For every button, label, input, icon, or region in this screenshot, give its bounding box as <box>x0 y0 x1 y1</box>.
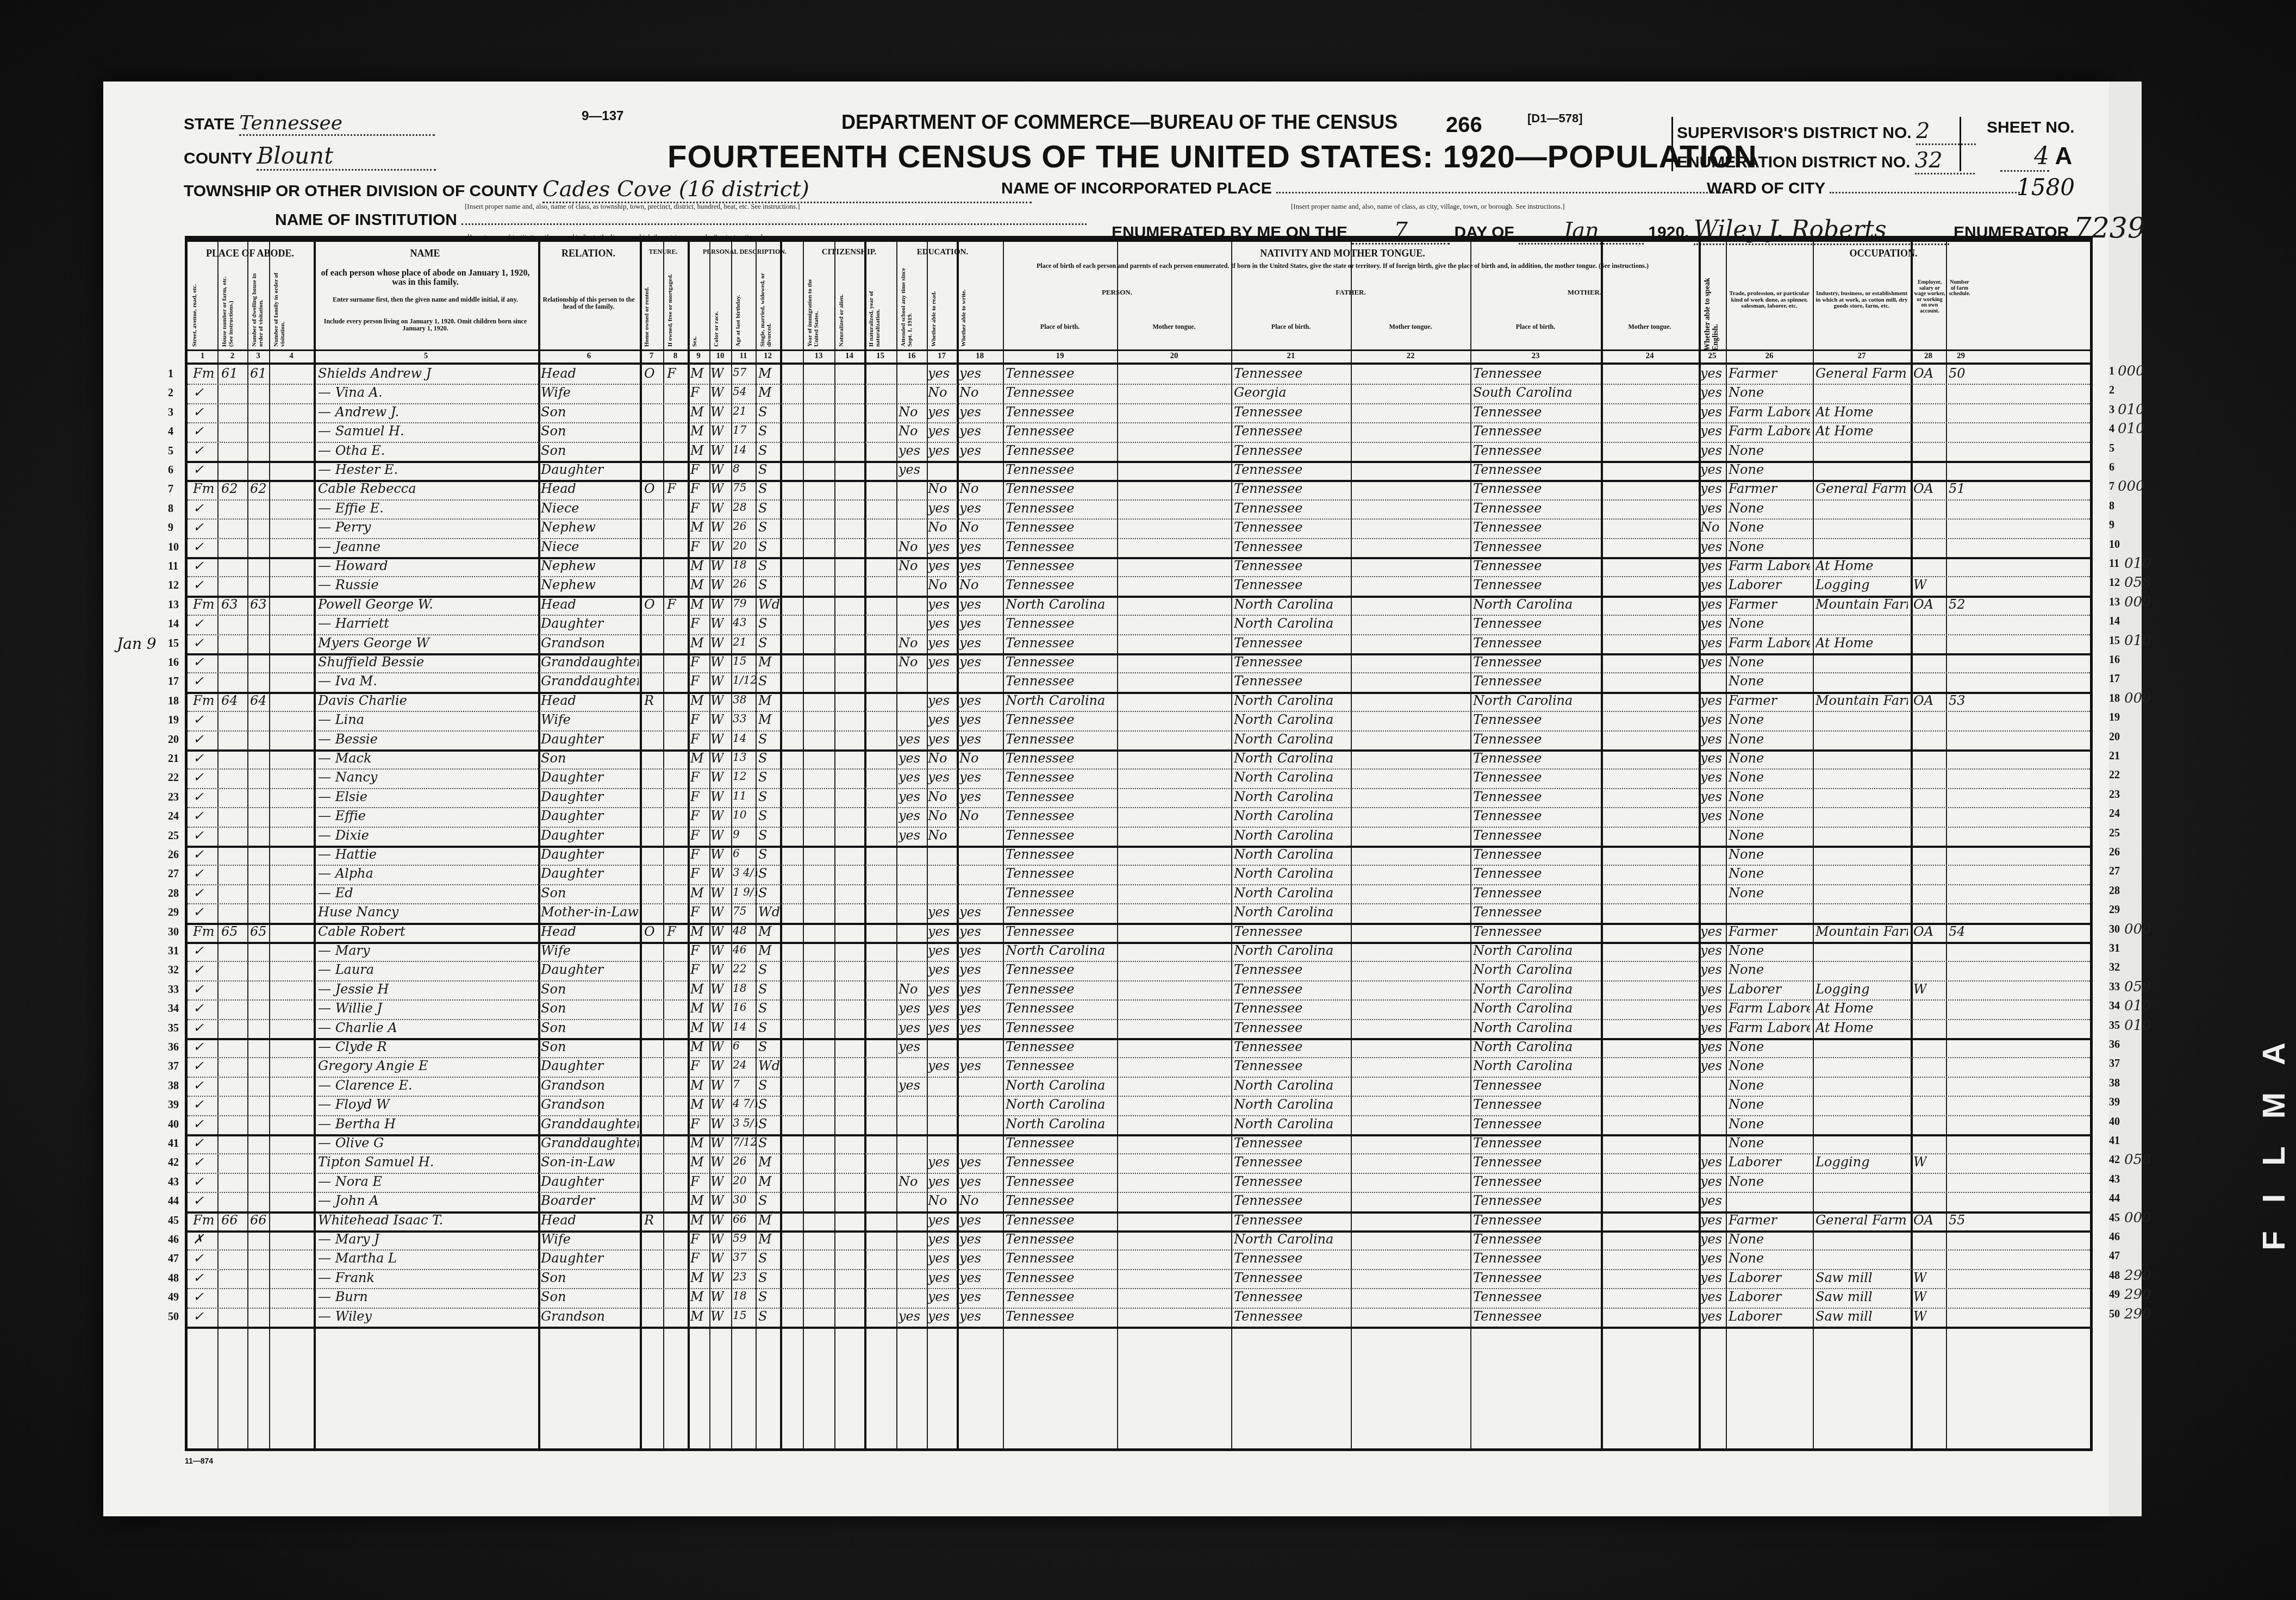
abode-farm: ✓ <box>193 577 204 592</box>
marital-status: M <box>758 693 772 708</box>
person-name: Shields Andrew J <box>318 366 535 381</box>
dwelling-number: 61 <box>221 366 238 381</box>
speaks-english: yes <box>1700 1289 1722 1304</box>
column-number: 17 <box>927 352 957 361</box>
able-to-read: yes <box>928 501 950 516</box>
birthplace-person: Tennessee <box>1006 520 1117 535</box>
right-line-number: 22 <box>2109 769 2120 782</box>
employer-class: OA <box>1913 597 1933 612</box>
sex: F <box>690 1174 700 1189</box>
birthplace-person: Tennessee <box>1006 732 1117 747</box>
industry: Saw mill <box>1815 1309 1908 1324</box>
person-name: Cable Rebecca <box>318 481 535 496</box>
table-row: ✓— MackSonMW13SyesNoNoTennesseeNorth Car… <box>188 749 2090 770</box>
supervisor-label: SUPERVISOR'S DISTRICT NO. <box>1677 124 1912 142</box>
header-row-rule <box>188 349 2090 351</box>
birthplace-person: Tennessee <box>1006 1039 1117 1054</box>
table-row: ✓— EffieDaughterFW10SyesNoNoTennesseeNor… <box>188 807 2090 827</box>
industry: At Home <box>1815 423 1908 439</box>
sex: F <box>690 481 700 496</box>
person-name: — Effie E. <box>318 501 535 516</box>
able-to-write: yes <box>959 404 981 420</box>
speaks-english: yes <box>1700 635 1722 651</box>
coding-mark: 000 <box>2124 594 2151 610</box>
speaks-english: yes <box>1700 1193 1722 1208</box>
county-field: COUNTY Blount <box>184 142 436 171</box>
age: 21 <box>733 404 757 417</box>
person-name: Whitehead Isaac T. <box>318 1212 535 1228</box>
race: W <box>710 866 724 881</box>
speaks-english: yes <box>1700 1212 1722 1228</box>
birthplace-father: Tennessee <box>1234 654 1351 670</box>
speaks-english: yes <box>1700 481 1722 496</box>
birthplace-mother: Tennessee <box>1473 732 1601 747</box>
line-number: 17 <box>168 676 179 688</box>
race: W <box>710 597 724 612</box>
age: 16 <box>733 1001 757 1014</box>
coding-mark: 010 <box>2124 1017 2151 1034</box>
trade: Farm Laborer <box>1729 1020 1810 1035</box>
abode-farm: ✓ <box>193 385 204 400</box>
birthplace-person: North Carolina <box>1006 693 1117 708</box>
trade: None <box>1729 943 1810 958</box>
sex: M <box>690 577 704 592</box>
trade: Farm Laborer <box>1729 404 1810 420</box>
race: W <box>710 1270 724 1285</box>
column-number: 11 <box>731 352 756 361</box>
column-number: 9 <box>688 352 709 361</box>
person-name: Myers George W <box>318 635 535 651</box>
home-owned: O <box>644 597 655 612</box>
trade: Farmer <box>1729 924 1810 939</box>
subheader-c14: Naturalized or alien. <box>839 268 862 347</box>
trade: Farm Laborer <box>1729 1001 1810 1016</box>
birthplace-father: North Carolina <box>1234 1078 1351 1093</box>
incorporated-label: NAME OF INCORPORATED PLACE <box>1001 179 1272 197</box>
able-to-read: yes <box>928 1251 950 1266</box>
able-to-read: yes <box>928 654 950 670</box>
industry: Mountain Farm <box>1815 693 1908 708</box>
trade: None <box>1729 385 1810 400</box>
person-name: — Andrew J. <box>318 404 535 420</box>
person-name: Davis Charlie <box>318 693 535 708</box>
birthplace-father: North Carolina <box>1234 597 1351 612</box>
birthplace-father: Tennessee <box>1234 558 1351 573</box>
table-row: ✓— BurnSonMW18SyesyesTennesseeTennesseeT… <box>188 1288 2090 1308</box>
attended-school: yes <box>899 1020 920 1035</box>
relation: Grandson <box>541 1097 639 1112</box>
marital-status: S <box>758 1251 767 1266</box>
person-name: Huse Nancy <box>318 904 535 920</box>
marital-status: S <box>758 1020 767 1035</box>
table-row: ✓Huse NancyMother-in-LawFW75WdyesyesTenn… <box>188 903 2090 924</box>
birthplace-mother: Tennessee <box>1473 789 1601 804</box>
trade: Laborer <box>1729 1289 1810 1304</box>
age: 9 <box>733 828 757 841</box>
relation: Grandson <box>541 635 639 651</box>
abode-farm: ✓ <box>193 847 204 862</box>
right-line-number: 18 <box>2109 692 2120 705</box>
abode-farm: ✓ <box>193 732 204 747</box>
race: W <box>710 693 724 708</box>
industry: General Farm <box>1815 1212 1908 1228</box>
line-number: 34 <box>168 1003 179 1015</box>
person-name: — Elsie <box>318 789 535 804</box>
marital-status: S <box>758 982 767 997</box>
birthplace-person: Tennessee <box>1006 885 1117 901</box>
birthplace-mother: Tennessee <box>1473 520 1601 535</box>
table-row: ✓— Effie E.NieceFW28SyesyesTennesseeTenn… <box>188 499 2090 520</box>
abode-farm: ✓ <box>193 1270 204 1285</box>
right-line-number: 19 <box>2109 711 2120 724</box>
right-line-number: 21 <box>2109 750 2120 762</box>
line-number: 27 <box>168 868 179 880</box>
person-name: — Mack <box>318 751 535 766</box>
birthplace-father: Tennessee <box>1234 1001 1351 1016</box>
relation: Niece <box>541 539 639 554</box>
age: 26 <box>733 577 757 590</box>
table-row: ✓— HarriettDaughterFW43SyesyesTennesseeN… <box>188 615 2090 635</box>
trade: None <box>1729 885 1810 901</box>
able-to-read: yes <box>928 366 950 381</box>
birthplace-person: Tennessee <box>1006 462 1117 477</box>
person-name: — Lina <box>318 712 535 727</box>
race: W <box>710 366 724 381</box>
marital-status: S <box>758 520 767 535</box>
abode-farm: ✓ <box>193 1154 204 1170</box>
column-number: 13 <box>803 352 834 361</box>
employer-class: OA <box>1913 366 1933 381</box>
line-number: 48 <box>168 1272 179 1285</box>
birthplace-mother: Tennessee <box>1473 1135 1601 1151</box>
trade: None <box>1729 654 1810 670</box>
table-row: ✓— AlphaDaughterFW3 4/12STennesseeNorth … <box>188 865 2090 885</box>
incorporated-value <box>1276 192 1727 193</box>
left-margin-note: Jan 9 <box>117 635 157 653</box>
able-to-write: yes <box>959 732 981 747</box>
birthplace-mother: Tennessee <box>1473 404 1601 420</box>
right-line-number: 10 <box>2109 539 2120 551</box>
person-name: Shuffield Bessie <box>318 654 535 670</box>
relation: Granddaughter <box>541 1135 639 1151</box>
sex: F <box>690 654 700 670</box>
column-number: 5 <box>314 352 538 361</box>
abode-farm: ✓ <box>193 462 204 477</box>
trade: None <box>1729 673 1810 689</box>
attended-school: No <box>899 404 918 420</box>
birthplace-person: Tennessee <box>1006 770 1117 785</box>
column-number: 1 <box>188 352 217 361</box>
speaks-english: yes <box>1700 577 1722 592</box>
ward-value <box>1830 192 2020 193</box>
relation: Grandson <box>541 1309 639 1324</box>
birthplace-mother: Tennessee <box>1473 654 1601 670</box>
subheader-c11: Age at last birthday. <box>735 268 753 347</box>
nativity-desc: Place of birth of each person and parent… <box>1014 262 1671 270</box>
marital-status: S <box>758 616 767 631</box>
person-name: — Clarence E. <box>318 1078 535 1093</box>
age: 38 <box>733 693 757 706</box>
owned-free: F <box>667 481 676 496</box>
line-number: 45 <box>168 1215 179 1227</box>
relation: Head <box>541 366 639 381</box>
age: 28 <box>733 501 757 514</box>
trade: None <box>1729 789 1810 804</box>
sheet-field: 4 A <box>2000 142 2072 172</box>
birthplace-person: Tennessee <box>1006 808 1117 823</box>
marital-status: S <box>758 481 767 496</box>
marital-status: M <box>758 712 772 727</box>
marital-status: M <box>758 654 772 670</box>
able-to-read: yes <box>928 539 950 554</box>
sex: F <box>690 847 700 862</box>
birthplace-person: Tennessee <box>1006 481 1117 496</box>
age: 1 9/12 <box>733 885 757 898</box>
sex: F <box>690 962 700 977</box>
industry: Mountain Farm <box>1815 924 1908 939</box>
relation: Daughter <box>541 732 639 747</box>
trade: None <box>1729 828 1810 843</box>
table-row: ✓— John ABoarderMW30SNoNoTennesseeTennes… <box>188 1192 2090 1213</box>
coding-mark: 058 <box>2124 574 2151 591</box>
marital-status: S <box>758 1135 767 1151</box>
person-name: — Charlie A <box>318 1020 535 1035</box>
birthplace-person: Tennessee <box>1006 673 1117 689</box>
industry: At Home <box>1815 1001 1908 1016</box>
able-to-write: yes <box>959 789 981 804</box>
able-to-write: yes <box>959 1154 981 1170</box>
coding-mark: 290 <box>2124 1306 2151 1322</box>
right-line-number: 14 <box>2109 615 2120 628</box>
relation: Head <box>541 693 639 708</box>
township-note: [Insert proper name and, also, name of c… <box>465 202 800 211</box>
line-number: 19 <box>168 714 179 727</box>
group-nativity: NATIVITY AND MOTHER TONGUE. <box>1003 248 1682 259</box>
right-line-number: 8 <box>2109 500 2114 512</box>
table-row: ✓— Nora EDaughterFW20MNoyesyesTennesseeT… <box>188 1173 2090 1193</box>
line-number: 49 <box>168 1291 179 1304</box>
able-to-write: yes <box>959 693 981 708</box>
table-row: ✓Gregory Angie EDaughterFW24WdyesyesTenn… <box>188 1057 2090 1077</box>
sex: M <box>690 366 704 381</box>
trade: None <box>1729 1058 1810 1073</box>
county-value: Blount <box>257 142 436 171</box>
right-line-number: 47 <box>2109 1250 2120 1262</box>
table-row: ✓— EdSonMW1 9/12STennesseeNorth Carolina… <box>188 884 2090 904</box>
sex: M <box>690 635 704 651</box>
birthplace-father: North Carolina <box>1234 808 1351 823</box>
abode-farm: ✓ <box>193 1116 204 1132</box>
line-number: 37 <box>168 1060 179 1073</box>
relation: Son <box>541 751 639 766</box>
marital-status: S <box>758 443 767 458</box>
speaks-english: yes <box>1700 924 1722 939</box>
able-to-read: yes <box>928 558 950 573</box>
name-desc-3: Include every person living on January 1… <box>318 318 533 332</box>
marital-status: S <box>758 1097 767 1112</box>
race: W <box>710 539 724 554</box>
dwelling-number: 62 <box>221 481 238 496</box>
sex: M <box>690 1078 704 1093</box>
industry: General Farm <box>1815 481 1908 496</box>
ward-label: WARD OF CITY <box>1707 179 1825 197</box>
age: 23 <box>733 1270 757 1283</box>
age: 14 <box>733 1020 757 1033</box>
employer-class: W <box>1913 1270 1927 1285</box>
enumeration-value: 32 <box>1915 148 1975 174</box>
marital-status: S <box>758 1193 767 1208</box>
abode-farm: Fm <box>193 693 214 708</box>
race: W <box>710 501 724 516</box>
table-row: ✓— Samuel H.SonMW17SNoyesyesTennesseeTen… <box>188 422 2090 442</box>
employer-class: W <box>1913 982 1927 997</box>
line-number: 20 <box>168 734 179 746</box>
age: 75 <box>733 481 757 494</box>
able-to-read: yes <box>928 1154 950 1170</box>
trade: None <box>1729 808 1810 823</box>
person-name: — Samuel H. <box>318 423 535 439</box>
race: W <box>710 1097 724 1112</box>
birthplace-mother: Tennessee <box>1473 1078 1601 1093</box>
able-to-read: No <box>928 577 947 592</box>
right-line-number: 13 <box>2109 596 2120 609</box>
marital-status: Wd <box>758 1058 780 1073</box>
birthplace-mother: North Carolina <box>1473 1058 1601 1073</box>
speaks-english: yes <box>1700 616 1722 631</box>
farm-schedule: 55 <box>1949 1212 1966 1228</box>
township-label: TOWNSHIP OR OTHER DIVISION OF COUNTY <box>184 182 538 200</box>
age: 30 <box>733 1193 757 1206</box>
relation: Daughter <box>541 616 639 631</box>
attended-school: yes <box>899 808 920 823</box>
birthplace-father: North Carolina <box>1234 693 1351 708</box>
attended-school: yes <box>899 828 920 843</box>
trade: None <box>1729 770 1810 785</box>
able-to-write: No <box>959 1193 978 1208</box>
birthplace-father: Tennessee <box>1234 673 1351 689</box>
able-to-read: No <box>928 808 947 823</box>
race: W <box>710 1001 724 1016</box>
right-line-number: 35 <box>2109 1020 2120 1032</box>
birthplace-father: Tennessee <box>1234 462 1351 477</box>
birthplace-father: North Carolina <box>1234 904 1351 920</box>
age: 3 5/12 <box>733 1116 757 1129</box>
able-to-read: No <box>928 481 947 496</box>
employer-class: OA <box>1913 481 1933 496</box>
trade: None <box>1729 1251 1810 1266</box>
birthplace-person: Tennessee <box>1006 1232 1117 1247</box>
right-line-number: 26 <box>2109 846 2120 859</box>
marital-status: S <box>758 539 767 554</box>
sex: M <box>690 520 704 535</box>
race: W <box>710 1058 724 1073</box>
speaks-english: yes <box>1700 943 1722 958</box>
birthplace-mother: Tennessee <box>1473 904 1601 920</box>
birthplace-mother: North Carolina <box>1473 1001 1601 1016</box>
line-number: 28 <box>168 887 179 900</box>
right-line-number: 24 <box>2109 808 2120 820</box>
birthplace-person: North Carolina <box>1006 943 1117 958</box>
right-line-number: 11 <box>2109 558 2119 570</box>
table-row: ✓— Martha LDaughterFW37SyesyesTennesseeT… <box>188 1249 2090 1270</box>
able-to-read: yes <box>928 616 950 631</box>
line-number: 47 <box>168 1253 179 1265</box>
person-name: — Jessie H <box>318 982 535 997</box>
table-row: ✓— PerryNephewMW26SNoNoTennesseeTennesse… <box>188 518 2090 539</box>
able-to-write: yes <box>959 982 981 997</box>
abode-farm: ✓ <box>193 1193 204 1208</box>
sex: M <box>690 597 704 612</box>
home-owned: O <box>644 481 655 496</box>
right-line-number: 38 <box>2109 1077 2120 1090</box>
group-abode: PLACE OF ABODE. <box>188 248 313 259</box>
right-line-number: 50 <box>2109 1308 2120 1321</box>
column-number: 23 <box>1470 352 1601 361</box>
birthplace-person: Tennessee <box>1006 1020 1117 1035</box>
right-line-number: 4 <box>2109 423 2114 435</box>
marital-status: S <box>758 558 767 573</box>
line-number: 22 <box>168 772 179 784</box>
speaks-english: yes <box>1700 462 1722 477</box>
sex: M <box>690 1289 704 1304</box>
able-to-read: No <box>928 828 947 843</box>
table-row: ✓— Andrew J.SonMW21SNoyesyesTennesseeTen… <box>188 403 2090 423</box>
birthplace-mother: Tennessee <box>1473 885 1601 901</box>
able-to-write: yes <box>959 1309 981 1324</box>
person-name: — Iva M. <box>318 673 535 689</box>
age: 26 <box>733 1154 757 1167</box>
relation: Wife <box>541 385 639 400</box>
township-field: TOWNSHIP OR OTHER DIVISION OF COUNTY Cad… <box>184 177 1032 203</box>
employer-class: W <box>1913 1154 1927 1170</box>
sex: M <box>690 1212 704 1228</box>
sex: F <box>690 673 700 689</box>
able-to-read: No <box>928 1193 947 1208</box>
age: 15 <box>733 654 757 667</box>
age: 11 <box>733 789 757 802</box>
sex: F <box>690 1058 700 1073</box>
sex: F <box>690 866 700 881</box>
employer-class: OA <box>1913 693 1933 708</box>
owned-free: F <box>667 597 676 612</box>
marital-status: M <box>758 366 772 381</box>
birthplace-father: North Carolina <box>1234 1116 1351 1132</box>
sheet-value: 4 <box>2000 142 2049 172</box>
birthplace-person: Tennessee <box>1006 443 1117 458</box>
abode-farm: Fm <box>193 1212 214 1228</box>
sex: M <box>690 693 704 708</box>
person-name: — Russie <box>318 577 535 592</box>
form-number: 9—137 <box>582 109 623 124</box>
relation: Son <box>541 1039 639 1054</box>
ward-margin-note: 1580 <box>2017 174 2075 201</box>
table-row: Fm6565Cable RobertHeadOFMW48MyesyesTenne… <box>188 923 2090 944</box>
line-number: 46 <box>168 1234 179 1246</box>
person-name: — Mary <box>318 943 535 958</box>
abode-farm: ✓ <box>193 1058 204 1073</box>
speaks-english: yes <box>1700 366 1722 381</box>
able-to-write: yes <box>959 635 981 651</box>
person-name: — Olive G <box>318 1135 535 1151</box>
subheader-c8: If owned, free or mortgaged. <box>667 268 685 347</box>
able-to-read: yes <box>928 1058 950 1073</box>
able-to-write: yes <box>959 1020 981 1035</box>
relation: Daughter <box>541 1058 639 1073</box>
subheader-c17: Whether able to read. <box>931 268 954 347</box>
birthplace-mother: Tennessee <box>1473 751 1601 766</box>
race: W <box>710 404 724 420</box>
relation: Daughter <box>541 770 639 785</box>
